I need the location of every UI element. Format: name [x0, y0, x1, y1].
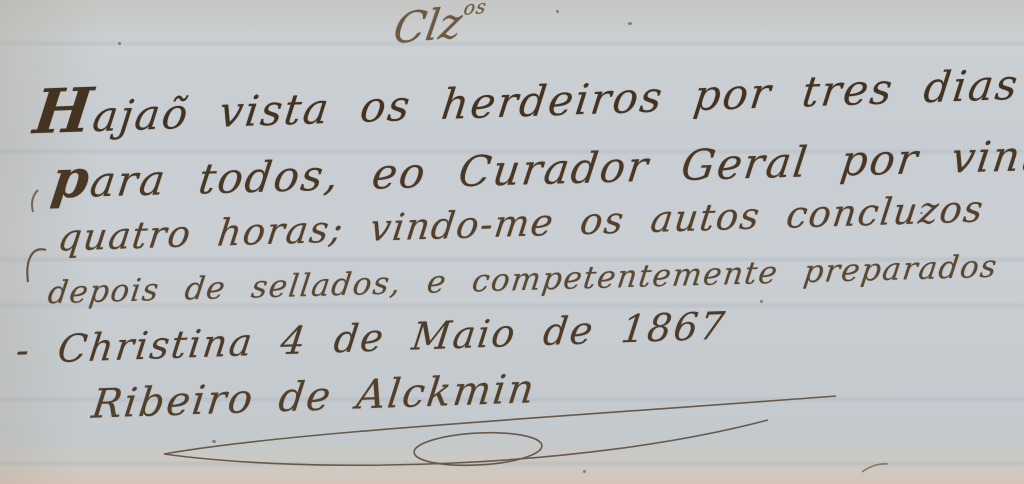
ink-speck: [583, 470, 586, 473]
paper-crease: [0, 42, 1024, 45]
header-abbreviation-main: Clz: [390, 0, 465, 53]
signature-name: Ribeiro de Alckmin: [89, 366, 538, 428]
ink-speck: [760, 300, 763, 303]
paper-crease: [0, 462, 1024, 465]
margin-ink-stroke: [28, 188, 42, 214]
manuscript-line-4: depois de sellados, e competentemente pr…: [46, 249, 1000, 312]
header-abbreviation-superscript: os: [462, 0, 489, 20]
manuscript-dateline: - Christina 4 de Maio de 1867: [14, 303, 729, 372]
ink-speck: [118, 42, 121, 45]
margin-ink-stroke: [860, 458, 890, 476]
header-abbreviation: Clzos: [390, 0, 488, 53]
margin-ink-stroke: [24, 242, 50, 284]
manuscript-page: Clzos Hajaõ vista os herdeiros por tres …: [0, 0, 1024, 484]
ink-speck: [212, 440, 216, 443]
ink-speck: [556, 10, 559, 13]
ink-speck: [628, 22, 632, 25]
